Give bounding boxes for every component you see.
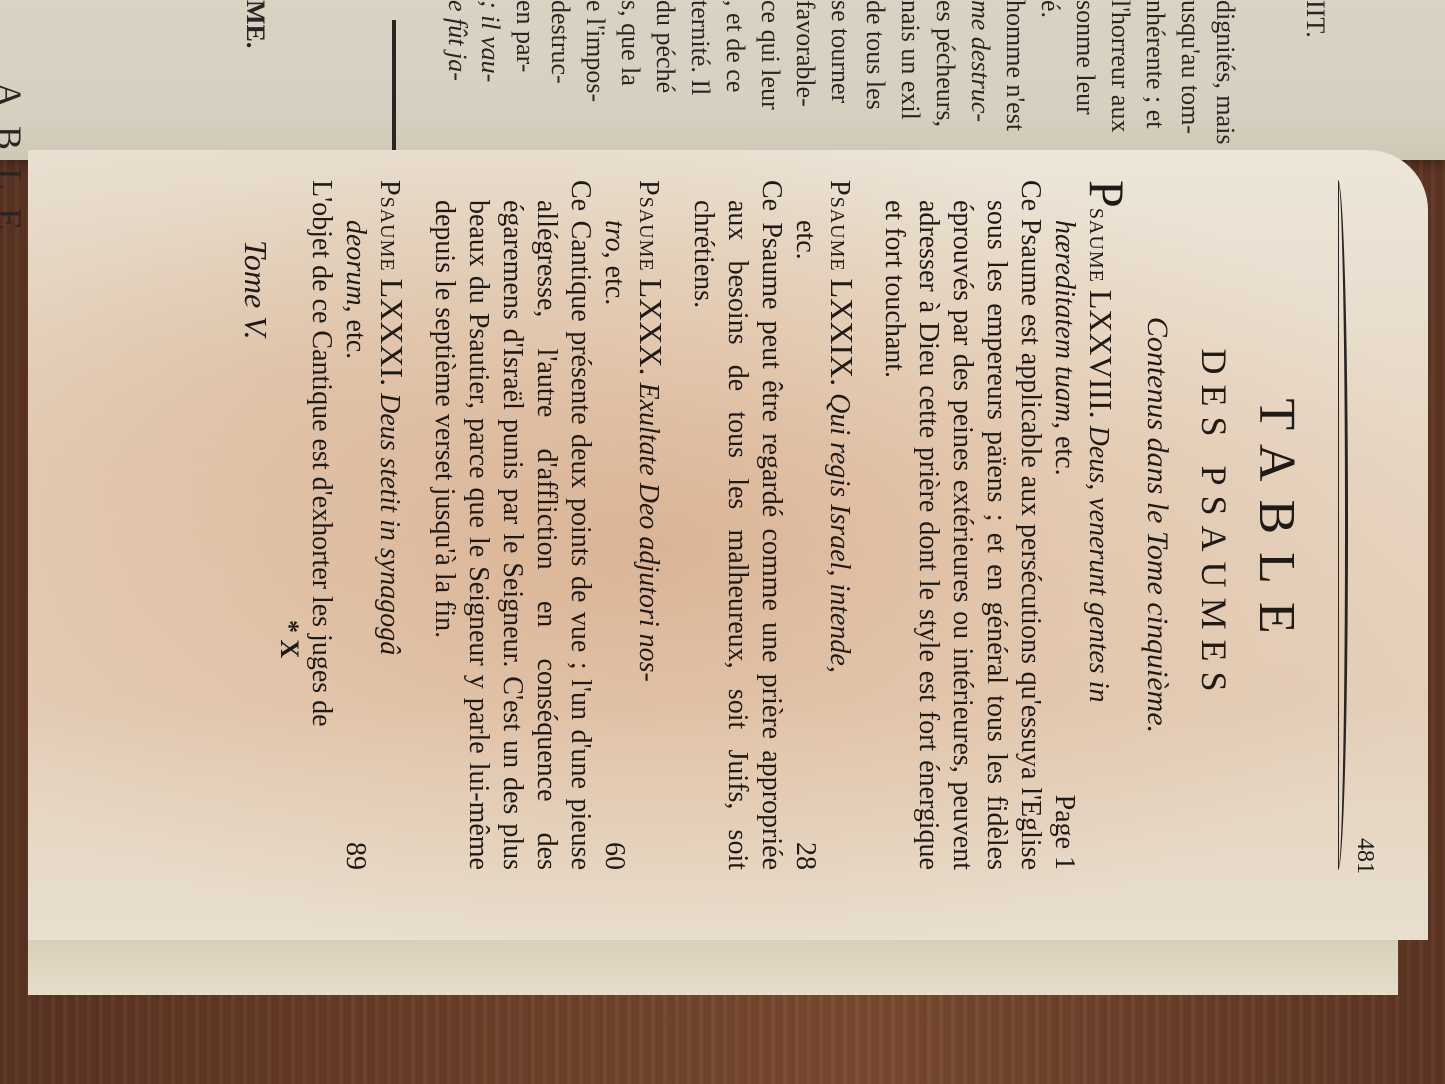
left-page-text: ABLE ME. e fût ja- ; il vau- en par- des…: [0, 0, 1445, 160]
psalm-incipit-cont: deorum: [340, 220, 371, 306]
left-page-line: en par-: [510, 0, 540, 72]
drop-cap: P: [1079, 180, 1135, 208]
left-page-line: favorable-: [790, 0, 820, 107]
book-page-table-des-psaumes: 481 TABLE DES PSAUMES Contenus dans le T…: [28, 150, 1428, 940]
left-page-line: é.: [1035, 0, 1065, 18]
psalm-entry-heading: Psaume LXXIX. Qui regis Israel, intende,: [822, 180, 859, 870]
left-page-line: me destruc-: [965, 0, 995, 122]
left-page-line: ME.: [240, 0, 270, 48]
psalm-entry: Psaume LXXIX. Qui regis Israel, intende,…: [686, 180, 859, 870]
psalm-numeral: LXXIX.: [824, 279, 860, 387]
psalm-incipit-cont: tro: [599, 220, 630, 252]
psalm-entry: Psaume LXXXI. Deus stetit in synagogâ de…: [304, 180, 409, 870]
left-page-line: s, que la: [615, 0, 645, 86]
left-page-line: sonme leur: [1070, 0, 1100, 115]
left-page-line: se tourner: [825, 0, 855, 103]
signature-row: * X: [274, 180, 304, 870]
psalm-incipit: Deus stetit in synagogâ: [374, 393, 405, 655]
psalm-label: Psaume: [374, 180, 405, 272]
psalm-entry: Psaume LXXX. Exultate Deo adjutori nos- …: [427, 180, 668, 870]
psalm-incipit-continuation: tro, etc. 60: [597, 180, 631, 870]
page-title: TABLE: [1250, 180, 1302, 870]
psalm-incipit: Qui regis Israel, intende,: [824, 393, 855, 673]
psalm-incipit-continuation: etc. 28: [788, 180, 822, 870]
psalm-numeral: LXXVIII.: [1083, 290, 1119, 419]
psalm-page-ref: Page 1: [1047, 795, 1081, 870]
left-page-line: l'horreur aux: [1105, 0, 1135, 132]
psalm-incipit: Exultate Deo adjutori nos-: [633, 382, 664, 681]
psalm-page-ref: 60: [597, 842, 631, 870]
left-page-line: ; il vau-: [475, 0, 505, 82]
left-page-line: IIT.: [1300, 0, 1330, 38]
left-page-divider-rule: [392, 20, 396, 150]
page-stack-edge: [28, 935, 1398, 995]
psalm-page-ref: 28: [788, 842, 822, 870]
left-page-line: destruc-: [545, 0, 575, 84]
left-page-line: es pécheurs,: [930, 0, 960, 127]
psalm-incipit-tail: , etc.: [599, 252, 630, 306]
left-page-running-head: ABLE: [0, 82, 30, 248]
left-page-line: nhérente ; et: [1140, 0, 1170, 129]
psalm-description: L'objet de ce Cantique est d'exhorter le…: [304, 180, 338, 870]
psalm-description: Ce Psaume peut être regardé comme une pr…: [686, 180, 788, 870]
left-page-line: dignités, mais: [1210, 0, 1240, 144]
psalm-label: Psaume: [824, 180, 855, 272]
psalm-incipit-tail: etc.: [790, 220, 821, 260]
page-header: 481: [1338, 180, 1378, 870]
psalm-description: Ce Psaume est applicable aux persécution…: [877, 180, 1047, 870]
left-page-line: du péché: [650, 0, 680, 93]
left-page-line: e fût ja-: [442, 0, 472, 81]
left-page-line: ce qui leur: [755, 0, 785, 110]
psalm-description: Ce Cantique présente deux points de vue …: [427, 180, 597, 870]
page-body: 481 TABLE DES PSAUMES Contenus dans le T…: [237, 180, 1378, 870]
left-page-line: usqu'au tom-: [1175, 0, 1205, 134]
page-subtitle: DES PSAUMES: [1196, 180, 1232, 870]
left-page-line: ternité. Il: [685, 0, 715, 95]
page-caption: Contenus dans le Tome cinquième.: [1140, 180, 1174, 870]
psalm-incipit-tail: , etc.: [1049, 422, 1080, 476]
header-rule: [1338, 180, 1348, 870]
psalm-numeral: LXXXI.: [374, 279, 410, 387]
psalm-incipit-continuation: hæreditatem tuam, etc. Page 1: [1047, 180, 1081, 870]
volume-footer: Tome V.: [237, 180, 274, 870]
left-facing-page: ABLE ME. e fût ja- ; il vau- en par- des…: [0, 0, 1445, 160]
psalm-label: Psaume: [633, 180, 664, 272]
left-page-line: e l'impos-: [580, 0, 610, 102]
left-page-line: , et de ce: [720, 0, 750, 92]
left-page-line: de tous les: [860, 0, 890, 110]
psalm-incipit-continuation: deorum, etc. 89: [338, 180, 372, 870]
psalm-page-ref: 89: [338, 842, 372, 870]
psalm-entry-heading: Psaume LXXXI. Deus stetit in synagogâ: [372, 180, 409, 870]
psalm-entry-heading: Psaume LXXVIII. Deus, venerunt gentes in: [1081, 180, 1122, 870]
psalm-incipit-cont: hæreditatem tuam: [1049, 220, 1080, 422]
psalm-entry-heading: Psaume LXXX. Exultate Deo adjutori nos-: [631, 180, 668, 870]
psalm-incipit-tail: , etc.: [340, 306, 371, 360]
page-number: 481: [1351, 838, 1378, 874]
psalm-entry: Psaume LXXVIII. Deus, venerunt gentes in…: [877, 180, 1122, 870]
psalm-numeral: LXXX.: [633, 279, 669, 376]
psalm-incipit: Deus, venerunt gentes in: [1083, 426, 1114, 703]
left-page-line: nais un exil: [895, 0, 925, 120]
left-page-line: homme n'est: [1000, 0, 1030, 131]
psalm-label: saume: [1083, 208, 1114, 283]
printer-signature-mark: * X: [274, 620, 304, 658]
page-rotated-content: 481 TABLE DES PSAUMES Contenus dans le T…: [28, 150, 1428, 940]
